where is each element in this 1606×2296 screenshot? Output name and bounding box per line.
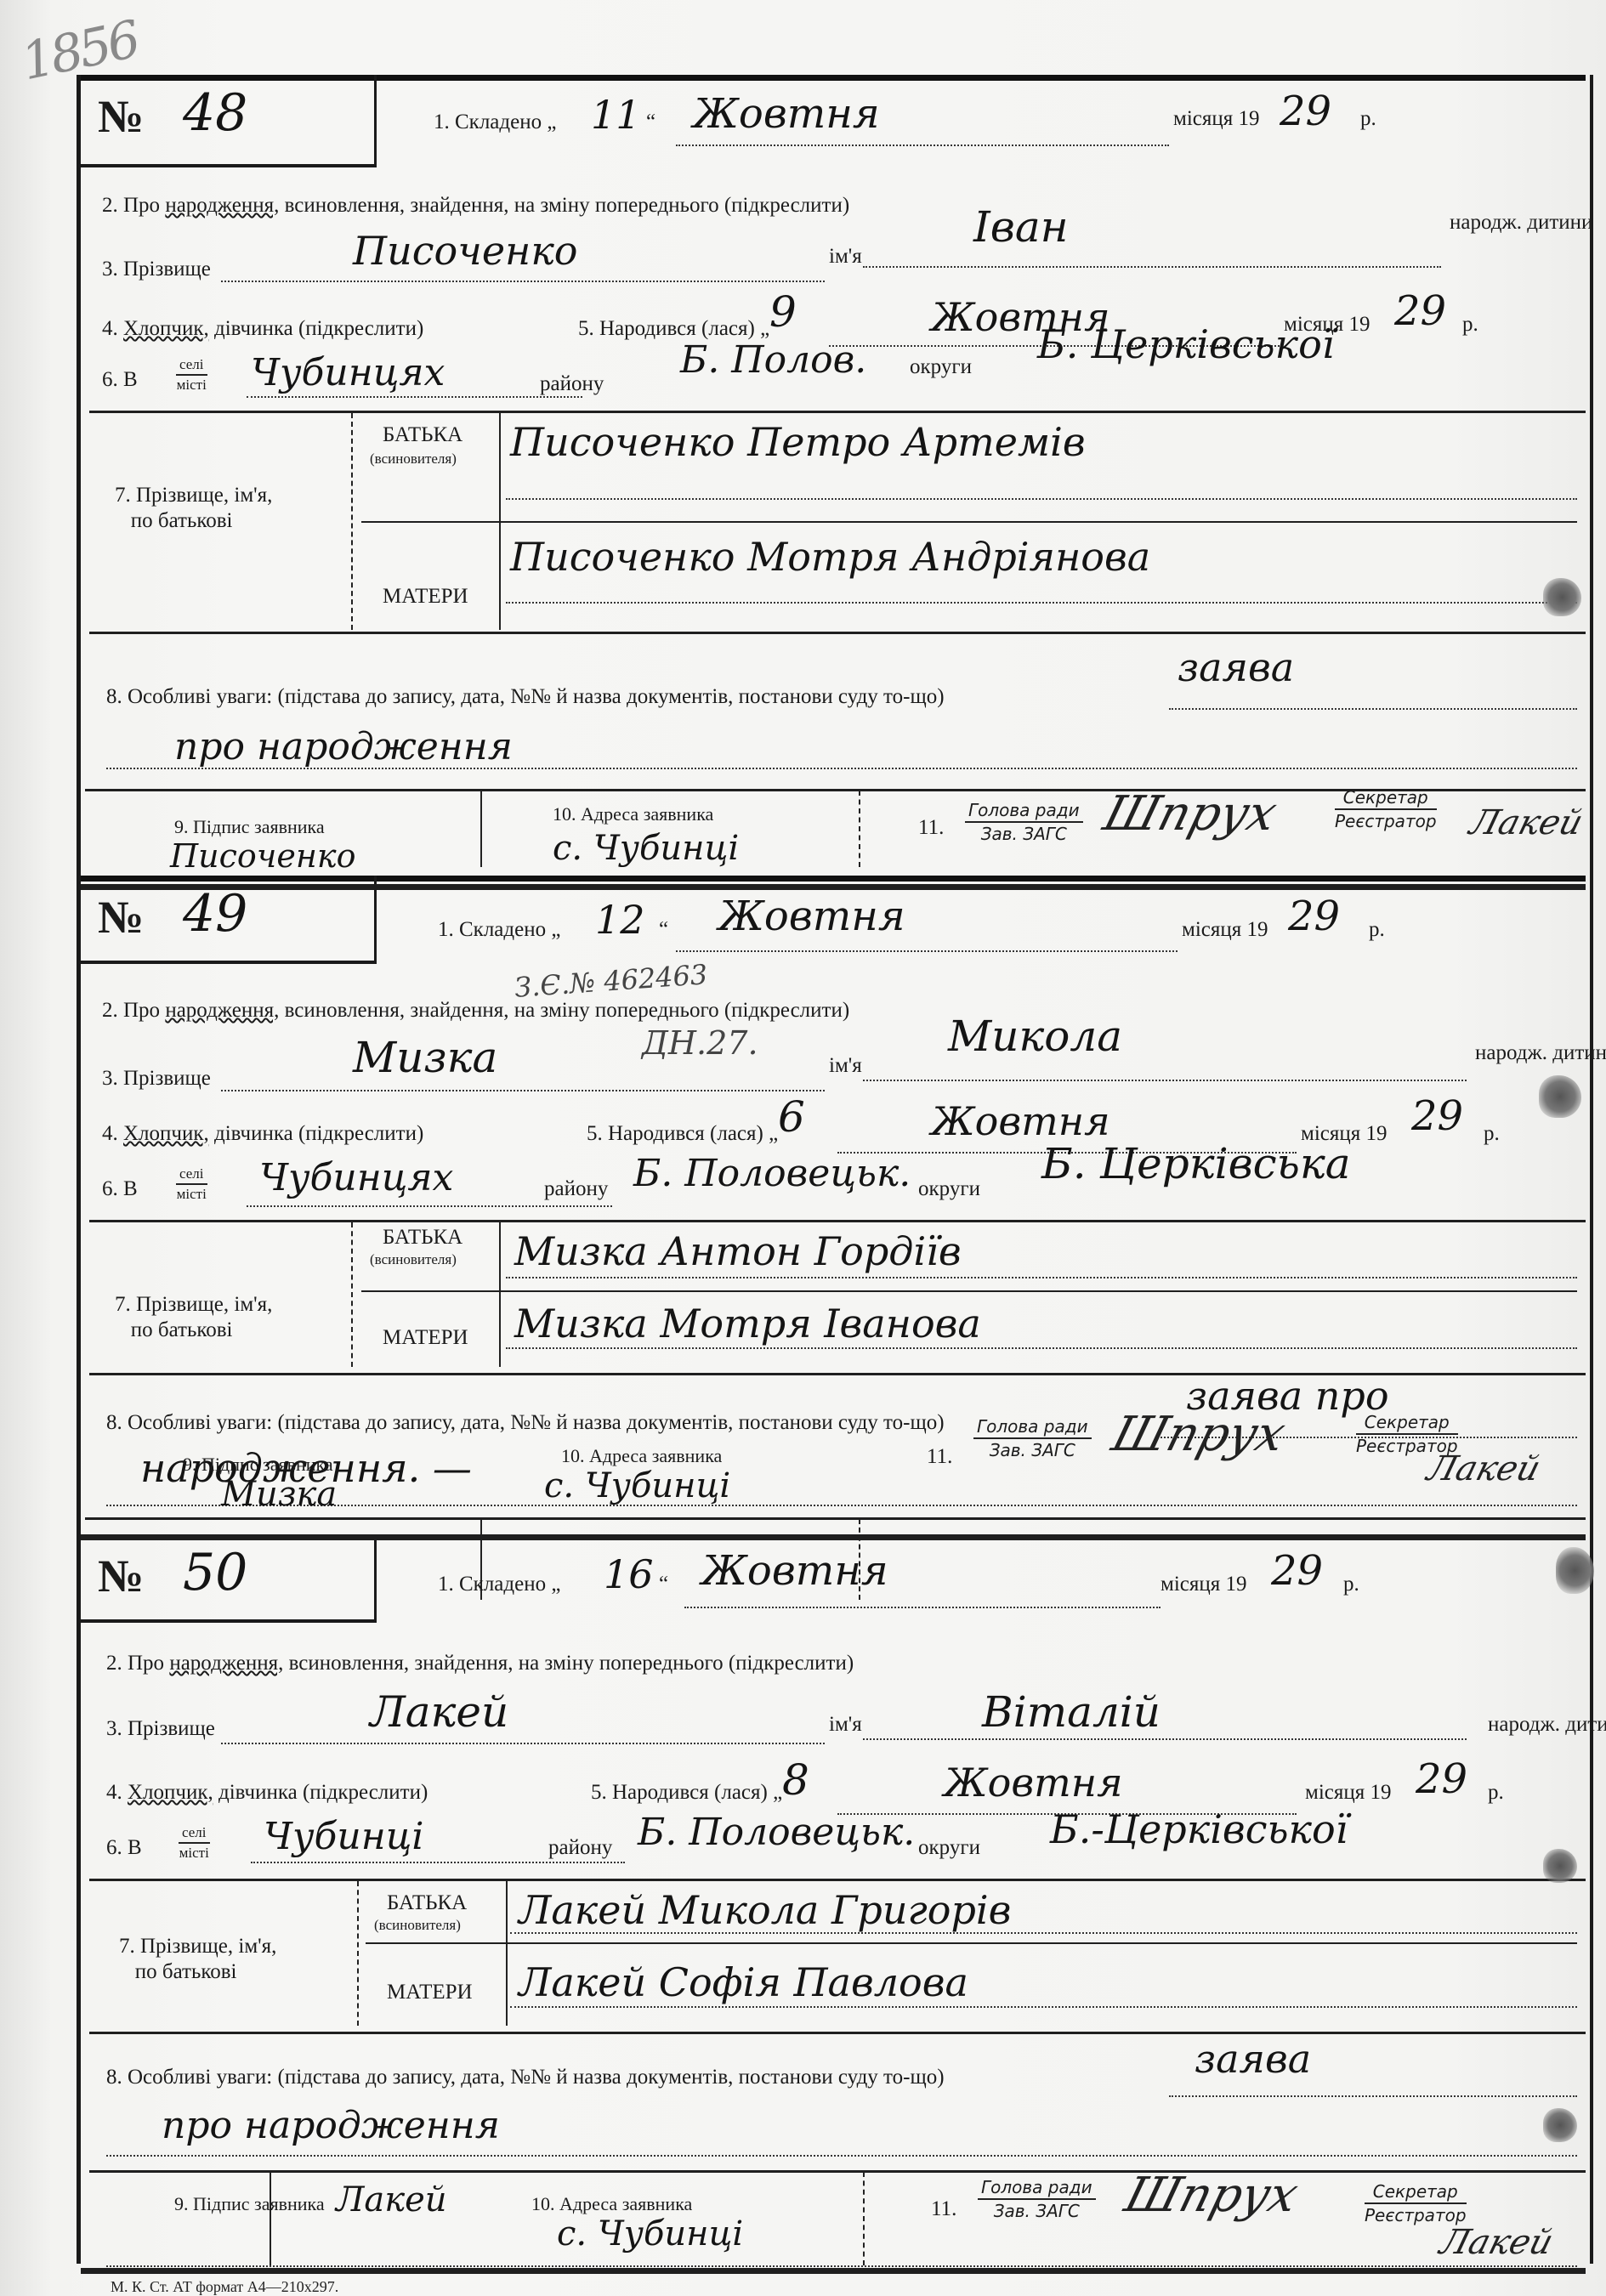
head-signature[interactable]: Шпрух: [1119, 2168, 1303, 2223]
birth-month[interactable]: Жовтня: [931, 1098, 1110, 1144]
compiled-day[interactable]: 11: [591, 92, 641, 138]
mother-label: МАТЕРИ: [383, 1326, 468, 1350]
dotted-line: [863, 266, 1441, 268]
officials-number: 11.: [927, 1445, 952, 1469]
given-name-value[interactable]: Микола: [948, 1012, 1122, 1061]
district-label: району: [544, 1177, 608, 1201]
given-name-label: ім'я: [829, 1713, 862, 1737]
remarks-value-2[interactable]: про народження: [174, 725, 513, 768]
remarks-value-2[interactable]: про народження: [162, 2104, 500, 2147]
applicant-address-label: 10. Адреса заявника: [531, 2193, 692, 2215]
row-divider: [366, 1942, 1577, 1944]
district-value[interactable]: Б. Полов.: [680, 338, 866, 382]
dotted-line: [251, 1862, 625, 1863]
dotted-line: [247, 1205, 612, 1207]
col-divider: [506, 1881, 508, 2026]
applicant-signature-label: 9. Підпис заявника: [174, 816, 325, 838]
place-label: 6. В: [102, 1177, 138, 1201]
applicant-address-value[interactable]: с. Чубинці: [553, 829, 739, 868]
birth-record: № 48 1. Складено „ 11 “ Жовтня місяця 19…: [81, 75, 1586, 809]
born-label: 5. Народився (лася) „: [578, 317, 769, 341]
head-title-fraction: Голова радиЗав. ЗАГС: [965, 799, 1083, 845]
row-divider: [89, 411, 1586, 413]
number-label: №: [98, 891, 144, 944]
birth-year[interactable]: 29: [1411, 1092, 1463, 1140]
father-sublabel: (всиновителя): [374, 1917, 461, 1934]
parents-label: 7. Прізвище, ім'я, по батькові: [115, 483, 272, 534]
applicant-signature-label: 9. Підпис заявника: [183, 1454, 333, 1476]
col-divider: [480, 791, 482, 867]
compiled-month[interactable]: Жовтня: [701, 1547, 888, 1595]
birth-day[interactable]: 9: [769, 287, 797, 337]
quote-mark: “: [659, 918, 668, 942]
surname-label: 3. Прізвище: [106, 1717, 215, 1741]
stain: [1543, 578, 1581, 616]
born-label: 5. Народився (лася) „: [591, 1781, 782, 1805]
remarks-label: 8. Особливі уваги: (підстава до запису, …: [106, 2066, 945, 2089]
dotted-line: [676, 145, 1169, 146]
sex-boy-underlined: Хлопчик,: [123, 317, 209, 340]
district-value[interactable]: Б. Половецьк.: [638, 1811, 915, 1854]
secretary-signature[interactable]: Лакей: [1466, 803, 1587, 842]
dotted-line: [506, 1347, 1577, 1349]
surname-value[interactable]: Лакей: [370, 1687, 508, 1737]
dotted-line: [863, 1738, 1467, 1740]
col-divider: [499, 1222, 501, 1367]
row-divider: [89, 2170, 1586, 2173]
col-divider: [859, 791, 860, 867]
head-title-fraction: Голова радиЗав. ЗАГС: [973, 1415, 1092, 1461]
surname-label: 3. Прізвище: [102, 258, 211, 281]
officials-number: 11.: [918, 816, 944, 840]
born-label: 5. Народився (лася) „: [587, 1122, 778, 1146]
okrug-value[interactable]: Б. Церківська: [1041, 1139, 1351, 1188]
annotation-certificate-number[interactable]: З.Є.№ 462463: [514, 958, 708, 1004]
year-suffix: р.: [1360, 107, 1376, 131]
given-name-label: ім'я: [829, 1054, 862, 1078]
father-value[interactable]: Мизка Антон Гордіїв: [514, 1228, 962, 1274]
father-sublabel: (всиновителя): [370, 1251, 457, 1268]
dotted-line: [684, 1607, 1161, 1608]
father-sublabel: (всиновителя): [370, 451, 457, 468]
row-divider: [89, 2032, 1586, 2034]
head-signature[interactable]: Шпрух: [1098, 786, 1282, 842]
mother-value[interactable]: Лакей Софія Павлова: [519, 1959, 968, 2005]
father-label: БАТЬКА: [383, 1226, 463, 1250]
month-label: місяця 19: [1182, 918, 1268, 942]
compiled-label: 1. Складено „: [438, 918, 560, 942]
surname-value[interactable]: Писоченко: [353, 228, 578, 274]
child-suffix-label: народж. дитини: [1450, 211, 1592, 235]
dotted-line: [676, 950, 1178, 952]
district-value[interactable]: Б. Половецьк.: [633, 1152, 911, 1195]
secretary-title-fraction: СекретарРеєстратор: [1335, 786, 1437, 832]
dotted-line: [106, 2265, 1577, 2267]
year-suffix: р.: [1369, 918, 1385, 942]
birth-month[interactable]: Жовтня: [944, 1760, 1123, 1806]
okrug-label: округи: [918, 1177, 980, 1201]
form-bottom-border: [81, 2268, 1586, 2274]
compiled-day[interactable]: 16: [604, 1551, 654, 1597]
month-label: місяця 19: [1305, 1781, 1392, 1805]
secretary-title-fraction: СекретарРеєстратор: [1365, 2180, 1467, 2226]
applicant-address-label: 10. Адреса заявника: [553, 803, 713, 825]
dotted-line: [221, 281, 825, 282]
stain: [1543, 2108, 1577, 2142]
dotted-line: [1169, 708, 1577, 710]
dotted-line: [510, 1932, 1577, 1934]
sex-label: 4. Хлопчик, дівчинка (підкреслити): [102, 1122, 423, 1146]
remarks-value-1[interactable]: заява: [1195, 2036, 1311, 2082]
applicant-address-value[interactable]: с. Чубинці: [557, 2214, 743, 2253]
officials-number: 11.: [931, 2197, 956, 2221]
village-city-fraction: селімісті: [179, 1823, 210, 1862]
given-name-value[interactable]: Віталій: [982, 1687, 1161, 1737]
parents-label: 7. Прізвище, ім'я, по батькові: [119, 1934, 276, 1985]
child-suffix-label: народж. дитини: [1488, 1713, 1606, 1737]
col-divider: [351, 413, 353, 630]
compiled-day[interactable]: 12: [595, 897, 645, 943]
col-divider: [863, 2172, 865, 2265]
row-divider: [85, 1517, 1586, 1520]
row-divider: [361, 1290, 1577, 1292]
village-value[interactable]: Чубинцях: [259, 1156, 453, 1199]
applicant-address-value[interactable]: с. Чубинці: [544, 1466, 730, 1505]
applicant-signature-value[interactable]: Мизка: [221, 1475, 337, 1514]
dotted-line: [221, 1090, 825, 1091]
applicant-signature-value[interactable]: Писоченко: [170, 837, 356, 875]
birth-day[interactable]: 6: [778, 1092, 805, 1142]
stain: [1556, 1547, 1594, 1594]
remarks-value-1[interactable]: заява: [1178, 644, 1294, 690]
okrug-label: округи: [918, 1836, 980, 1860]
father-label: БАТЬКА: [383, 423, 463, 447]
child-suffix-label: народж. дитини: [1475, 1041, 1606, 1065]
record-number-box: № 50: [81, 1534, 377, 1623]
secretary-signature[interactable]: Лакей: [1423, 1449, 1545, 1488]
row-divider: [89, 1220, 1586, 1222]
dotted-line: [1169, 2095, 1577, 2097]
place-label: 6. В: [106, 1836, 142, 1860]
row-divider: [89, 1879, 1586, 1881]
scanned-page: 1856 № 48 1. Складено „ 11 “ Жовтня міся…: [0, 0, 1606, 2296]
row-divider: [361, 521, 1577, 523]
sex-label: 4. Хлопчик, дівчинка (підкреслити): [106, 1781, 428, 1805]
print-footer: М. К. Ст. АТ формат А4—210х297.: [111, 2278, 338, 2296]
dotted-line: [510, 2006, 1577, 2008]
applicant-signature-label: 9. Підпис заявника: [174, 2193, 325, 2215]
village-city-fraction: селімісті: [176, 355, 207, 394]
dotted-line: [506, 1277, 1577, 1278]
col-divider: [351, 1222, 353, 1367]
given-name-value[interactable]: Іван: [973, 202, 1069, 252]
year-suffix: р.: [1488, 1781, 1504, 1805]
stain: [1543, 1849, 1577, 1883]
month-label: місяця 19: [1173, 107, 1260, 131]
father-label: БАТЬКА: [387, 1891, 467, 1915]
record-divider: [81, 1534, 1586, 1540]
col-divider: [270, 2172, 271, 2265]
secretary-signature[interactable]: Лакей: [1436, 2223, 1558, 2262]
number-label: №: [98, 90, 144, 143]
mother-value[interactable]: Мизка Мотря Іванова: [514, 1301, 981, 1346]
quote-mark: “: [659, 1573, 668, 1596]
compiled-year[interactable]: 29: [1288, 893, 1340, 940]
village-city-fraction: селімісті: [176, 1165, 207, 1204]
stain: [1539, 1075, 1581, 1118]
place-label: 6. В: [102, 368, 138, 392]
col-divider: [357, 1881, 359, 2026]
district-label: району: [540, 372, 604, 396]
dotted-line: [247, 396, 582, 398]
village-value[interactable]: Чубинці: [264, 1815, 423, 1858]
about-label: 2. Про народження, всиновлення, знайденн…: [102, 194, 849, 218]
sex-label: 4. Хлопчик, дівчинка (підкреслити): [102, 317, 423, 341]
surname-label: 3. Прізвище: [102, 1067, 211, 1091]
head-signature[interactable]: Шпрух: [1106, 1407, 1291, 1462]
compiled-label: 1. Складено „: [434, 111, 556, 134]
compiled-month[interactable]: Жовтня: [693, 90, 880, 138]
year-suffix: р.: [1462, 313, 1478, 337]
parents-label: 7. Прізвище, ім'я, по батькові: [115, 1292, 272, 1343]
father-value[interactable]: Лакей Микола Григорів: [519, 1887, 1011, 1933]
dotted-line: [106, 768, 1577, 769]
year-suffix: р.: [1343, 1573, 1359, 1596]
birth-year[interactable]: 29: [1416, 1755, 1467, 1803]
okrug-value[interactable]: Б.-Церківської: [1050, 1806, 1348, 1852]
compiled-year[interactable]: 29: [1271, 1547, 1323, 1595]
given-name-label: ім'я: [829, 245, 862, 269]
okrug-value[interactable]: Б. Церківської: [1037, 321, 1334, 367]
record-number-box: № 48: [81, 75, 377, 167]
dotted-line: [863, 1080, 1467, 1081]
birth-record: № 50 1. Складено „ 16 “ Жовтня місяця 19…: [81, 1534, 1586, 2265]
compiled-label: 1. Складено „: [438, 1573, 560, 1596]
dotted-line: [506, 498, 1577, 500]
surname-value[interactable]: Мизка: [353, 1033, 497, 1082]
birth-day[interactable]: 8: [782, 1755, 809, 1805]
mother-label: МАТЕРИ: [383, 585, 468, 609]
dotted-line: [506, 602, 1577, 604]
okrug-label: округи: [910, 355, 972, 379]
about-label: 2. Про народження, всиновлення, знайденн…: [106, 1652, 854, 1675]
father-value[interactable]: Писоченко Петро Артемів: [510, 419, 1086, 465]
applicant-signature-value[interactable]: Лакей: [336, 2180, 447, 2219]
dotted-line: [221, 1743, 825, 1744]
row-divider: [89, 632, 1586, 634]
compiled-year[interactable]: 29: [1280, 88, 1331, 135]
about-label: 2. Про народження, всиновлення, знайденн…: [102, 999, 849, 1023]
mother-label: МАТЕРИ: [387, 1981, 473, 2004]
record-number[interactable]: 50: [183, 1543, 247, 1602]
compiled-month[interactable]: Жовтня: [718, 893, 905, 940]
mother-value[interactable]: Писоченко Мотря Андріянова: [510, 534, 1150, 580]
applicant-address-label: 10. Адреса заявника: [561, 1445, 722, 1467]
head-title-fraction: Голова радиЗав. ЗАГС: [978, 2176, 1096, 2222]
birth-year[interactable]: 29: [1394, 287, 1446, 335]
dotted-line: [106, 2155, 1577, 2157]
about-birth-underlined: народження,: [165, 194, 279, 217]
record-number[interactable]: 49: [183, 884, 247, 944]
year-suffix: р.: [1484, 1122, 1500, 1146]
month-label: місяця 19: [1161, 1573, 1247, 1596]
record-number[interactable]: 48: [183, 83, 247, 143]
number-label: №: [98, 1550, 144, 1602]
quote-mark: “: [646, 111, 655, 134]
record-divider: [81, 884, 1586, 890]
district-label: району: [548, 1836, 612, 1860]
remarks-label: 8. Особливі уваги: (підстава до запису, …: [106, 685, 945, 709]
village-value[interactable]: Чубинцях: [251, 351, 445, 394]
remarks-label: 8. Особливі уваги: (підстава до запису, …: [106, 1411, 945, 1435]
annotation-secondary[interactable]: ДН.27.: [642, 1024, 758, 1062]
